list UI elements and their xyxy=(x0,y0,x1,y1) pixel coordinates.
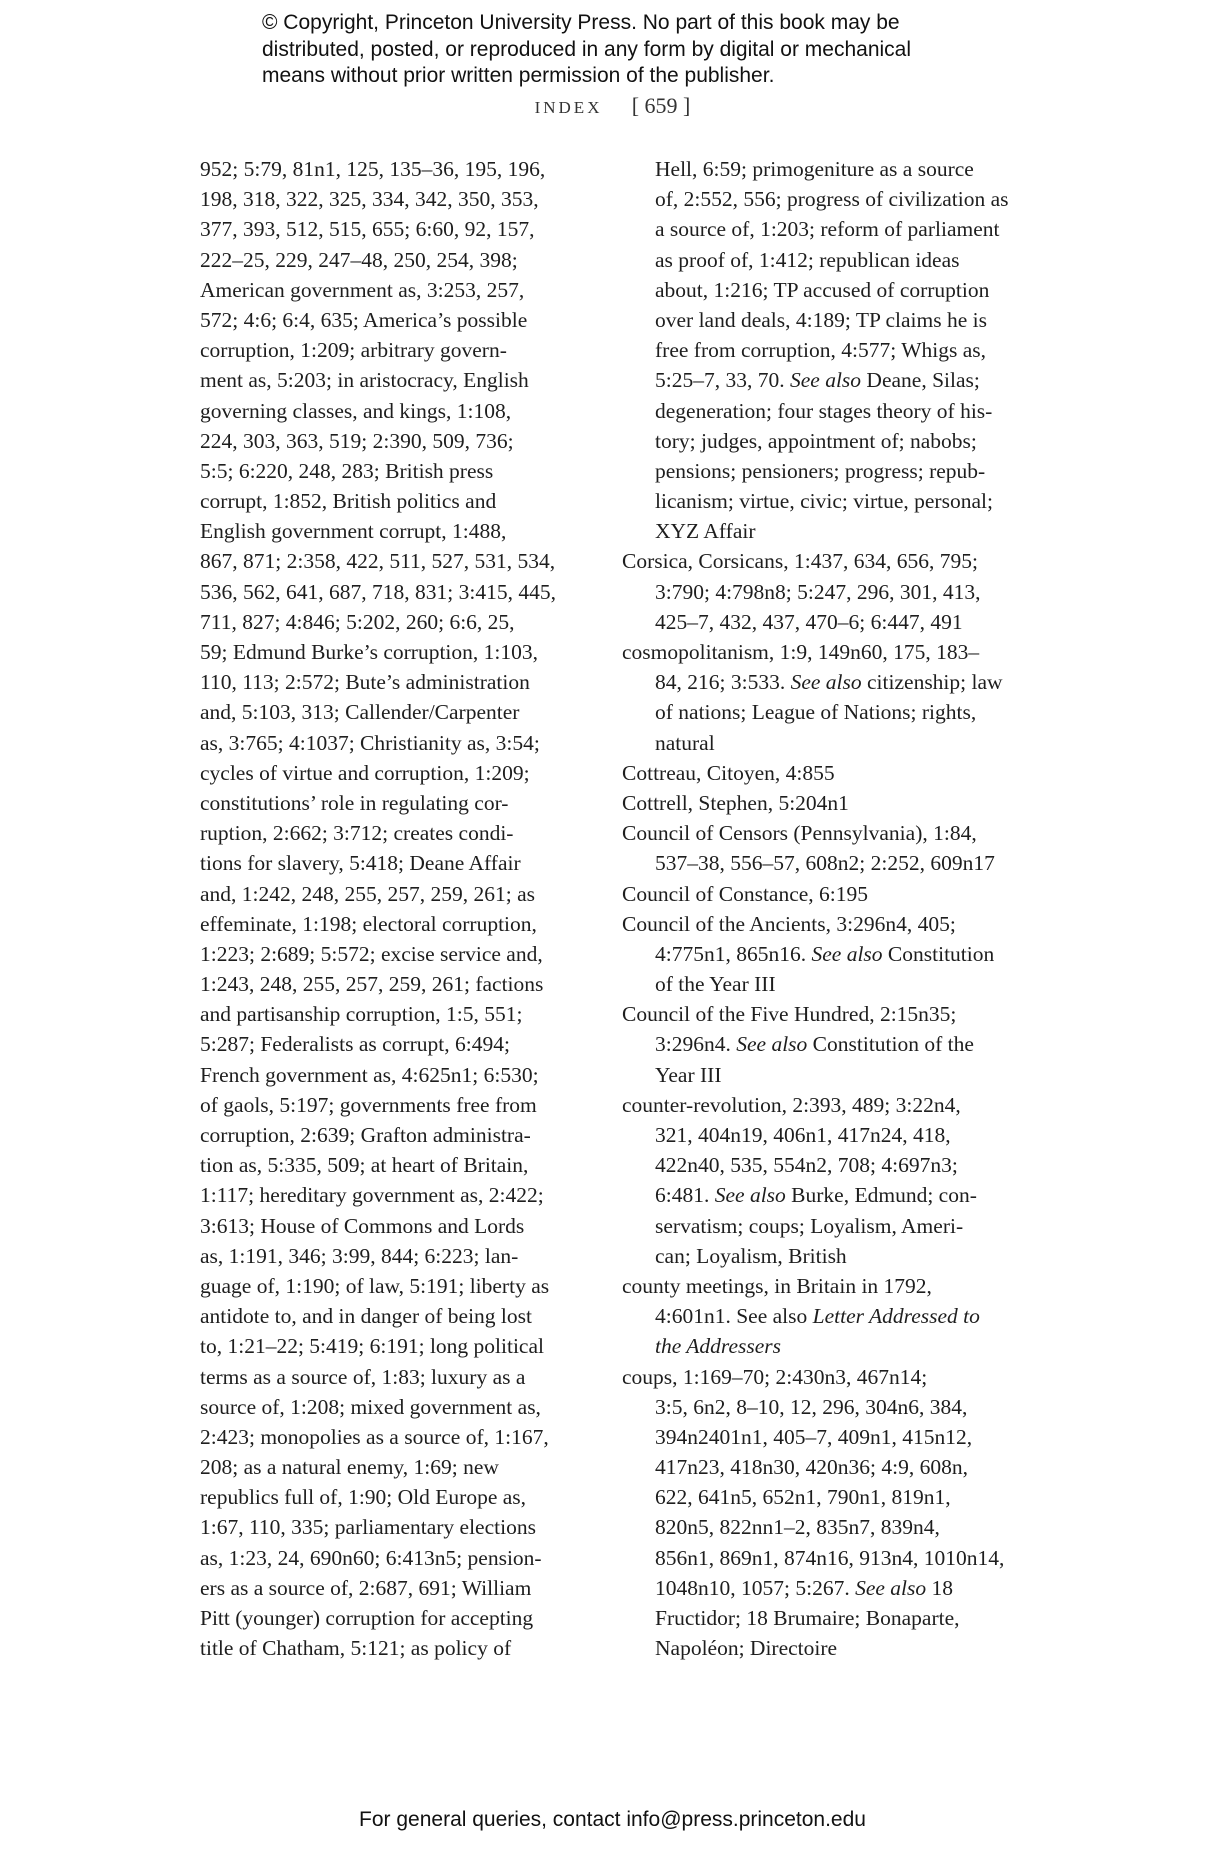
index-line: 1:67, 110, 335; parliamentary elections xyxy=(200,1512,590,1542)
index-subline: 537–38, 556–57, 608n2; 2:252, 609n17 xyxy=(622,848,1042,878)
index-text: 425–7, 432, 437, 470–6; 6:447, 491 xyxy=(655,610,963,634)
index-text: over land deals, 4:189; TP claims he is xyxy=(655,308,987,332)
index-subline: Fructidor; 18 Brumaire; Bonaparte, xyxy=(622,1603,1042,1633)
index-line: of gaols, 5:197; governments free from xyxy=(200,1090,590,1120)
index-subline: degeneration; four stages theory of his- xyxy=(622,396,1042,426)
index-line: 952; 5:79, 81n1, 125, 135–36, 195, 196, xyxy=(200,154,590,184)
index-text: 18 xyxy=(926,1576,953,1600)
index-line: 1:243, 248, 255, 257, 259, 261; factions xyxy=(200,969,590,999)
index-line: 2:423; monopolies as a source of, 1:167, xyxy=(200,1422,590,1452)
section-label: INDEX xyxy=(535,98,603,117)
index-subline: 425–7, 432, 437, 470–6; 6:447, 491 xyxy=(622,607,1042,637)
index-line: ment as, 5:203; in aristocracy, English xyxy=(200,365,590,395)
index-entry-heading: county meetings, in Britain in 1792, xyxy=(622,1271,1042,1301)
index-subline: licanism; virtue, civic; virtue, persona… xyxy=(622,486,1042,516)
index-text: 422n40, 535, 554n2, 708; 4:697n3; xyxy=(655,1153,958,1177)
index-subline: tory; judges, appointment of; nabobs; xyxy=(622,426,1042,456)
index-subline: 4:601n1. See also Letter Addressed to xyxy=(622,1301,1042,1331)
index-text: Cottreau, Citoyen, 4:855 xyxy=(622,761,835,785)
index-text: a source of, 1:203; reform of parliament xyxy=(655,217,999,241)
index-entry-heading: cosmopolitanism, 1:9, 149n60, 175, 183– xyxy=(622,637,1042,667)
index-line: 867, 871; 2:358, 422, 511, 527, 531, 534… xyxy=(200,546,590,576)
index-subline: of nations; League of Nations; rights, xyxy=(622,697,1042,727)
index-text: coups, 1:169–70; 2:430n3, 467n14; xyxy=(622,1365,927,1389)
index-subline: the Addressers xyxy=(622,1331,1042,1361)
index-line: 224, 303, 363, 519; 2:390, 509, 736; xyxy=(200,426,590,456)
index-text: of the Year III xyxy=(655,972,776,996)
index-text: citizenship; law xyxy=(862,670,1003,694)
index-subline: Year III xyxy=(622,1060,1042,1090)
index-line: 711, 827; 4:846; 5:202, 260; 6:6, 25, xyxy=(200,607,590,637)
index-line: corruption, 2:639; Grafton administra- xyxy=(200,1120,590,1150)
index-subline: as proof of, 1:412; republican ideas xyxy=(622,245,1042,275)
index-line: 5:5; 6:220, 248, 283; British press xyxy=(200,456,590,486)
index-subline: 394n2401n1, 405–7, 409n1, 415n12, xyxy=(622,1422,1042,1452)
index-text: Napoléon; Directoire xyxy=(655,1636,837,1660)
index-text: 4:601n1. See also xyxy=(655,1304,813,1328)
index-line: ers as a source of, 2:687, 691; William xyxy=(200,1573,590,1603)
index-text: Council of Constance, 6:195 xyxy=(622,882,868,906)
index-subline: 321, 404n19, 406n1, 417n24, 418, xyxy=(622,1120,1042,1150)
index-subline: 3:790; 4:798n8; 5:247, 296, 301, 413, xyxy=(622,577,1042,607)
index-line: 5:287; Federalists as corrupt, 6:494; xyxy=(200,1029,590,1059)
index-line: to, 1:21–22; 5:419; 6:191; long politica… xyxy=(200,1331,590,1361)
index-subline: pensions; pensioners; progress; repub- xyxy=(622,456,1042,486)
index-text: Hell, 6:59; primogeniture as a source xyxy=(655,157,974,181)
index-subline: servatism; coups; Loyalism, Ameri- xyxy=(622,1211,1042,1241)
index-subline: 5:25–7, 33, 70. See also Deane, Silas; xyxy=(622,365,1042,395)
index-line: terms as a source of, 1:83; luxury as a xyxy=(200,1362,590,1392)
index-subline: XYZ Affair xyxy=(622,516,1042,546)
cross-reference-label: See also xyxy=(736,1032,807,1056)
index-text: Constitution of the xyxy=(807,1032,974,1056)
index-line: 572; 4:6; 6:4, 635; America’s possible xyxy=(200,305,590,335)
index-text: Deane, Silas; xyxy=(861,368,980,392)
index-subline: 3:5, 6n2, 8–10, 12, 296, 304n6, 384, xyxy=(622,1392,1042,1422)
index-text: 3:296n4. xyxy=(655,1032,736,1056)
cross-reference-label: See also xyxy=(791,670,862,694)
index-entry-heading: Corsica, Corsicans, 1:437, 634, 656, 795… xyxy=(622,546,1042,576)
index-subline: 622, 641n5, 652n1, 790n1, 819n1, xyxy=(622,1482,1042,1512)
cross-reference-label: See also xyxy=(715,1183,786,1207)
index-text: 3:5, 6n2, 8–10, 12, 296, 304n6, 384, xyxy=(655,1395,967,1419)
index-subline: 3:296n4. See also Constitution of the xyxy=(622,1029,1042,1059)
index-line: effeminate, 1:198; electoral corruption, xyxy=(200,909,590,939)
cross-reference-label: Letter Addressed to xyxy=(813,1304,980,1328)
index-text: 321, 404n19, 406n1, 417n24, 418, xyxy=(655,1123,951,1147)
index-subline: 84, 216; 3:533. See also citizenship; la… xyxy=(622,667,1042,697)
running-head: INDEX [ 659 ] xyxy=(0,93,1225,119)
index-line: 536, 562, 641, 687, 718, 831; 3:415, 445… xyxy=(200,577,590,607)
index-line: title of Chatham, 5:121; as policy of xyxy=(200,1633,590,1663)
index-line: tion as, 5:335, 509; at heart of Britain… xyxy=(200,1150,590,1180)
index-line: 3:613; House of Commons and Lords xyxy=(200,1211,590,1241)
index-text: 6:481. xyxy=(655,1183,715,1207)
index-subline: 422n40, 535, 554n2, 708; 4:697n3; xyxy=(622,1150,1042,1180)
index-subline: Napoléon; Directoire xyxy=(622,1633,1042,1663)
index-text: pensions; pensioners; progress; repub- xyxy=(655,459,985,483)
index-entry-heading: Cottrell, Stephen, 5:204n1 xyxy=(622,788,1042,818)
index-column-left: 952; 5:79, 81n1, 125, 135–36, 195, 196,1… xyxy=(200,154,590,1663)
index-text: counter-revolution, 2:393, 489; 3:22n4, xyxy=(622,1093,961,1117)
index-line: governing classes, and kings, 1:108, xyxy=(200,396,590,426)
index-entry-heading: Council of Censors (Pennsylvania), 1:84, xyxy=(622,818,1042,848)
footer-contact: For general queries, contact info@press.… xyxy=(0,1808,1225,1832)
index-text: as proof of, 1:412; republican ideas xyxy=(655,248,960,272)
index-text: about, 1:216; TP accused of corruption xyxy=(655,278,989,302)
index-text: Burke, Edmund; con- xyxy=(786,1183,977,1207)
index-text: 856n1, 869n1, 874n16, 913n4, 1010n14, xyxy=(655,1546,1004,1570)
index-subline: free from corruption, 4:577; Whigs as, xyxy=(622,335,1042,365)
index-subline: a source of, 1:203; reform of parliament xyxy=(622,214,1042,244)
index-text: Fructidor; 18 Brumaire; Bonaparte, xyxy=(655,1606,960,1630)
index-subline: of, 2:552, 556; progress of civilization… xyxy=(622,184,1042,214)
index-line: as, 3:765; 4:1037; Christianity as, 3:54… xyxy=(200,728,590,758)
index-text: Cottrell, Stephen, 5:204n1 xyxy=(622,791,849,815)
index-subline: 417n23, 418n30, 420n36; 4:9, 608n, xyxy=(622,1452,1042,1482)
index-entry-heading: Council of Constance, 6:195 xyxy=(622,879,1042,909)
index-line: English government corrupt, 1:488, xyxy=(200,516,590,546)
index-text: 537–38, 556–57, 608n2; 2:252, 609n17 xyxy=(655,851,995,875)
index-text: 4:775n1, 865n16. xyxy=(655,942,811,966)
index-line: as, 1:191, 346; 3:99, 844; 6:223; lan- xyxy=(200,1241,590,1271)
index-subline: Hell, 6:59; primogeniture as a source xyxy=(622,154,1042,184)
index-text: Council of the Ancients, 3:296n4, 405; xyxy=(622,912,956,936)
index-entry-heading: Council of the Five Hundred, 2:15n35; xyxy=(622,999,1042,1029)
index-line: Pitt (younger) corruption for accepting xyxy=(200,1603,590,1633)
index-line: corruption, 1:209; arbitrary govern- xyxy=(200,335,590,365)
index-line: 377, 393, 512, 515, 655; 6:60, 92, 157, xyxy=(200,214,590,244)
index-text: licanism; virtue, civic; virtue, persona… xyxy=(655,489,993,513)
index-line: 222–25, 229, 247–48, 250, 254, 398; xyxy=(200,245,590,275)
index-line: guage of, 1:190; of law, 5:191; liberty … xyxy=(200,1271,590,1301)
copyright-line: © Copyright, Princeton University Press.… xyxy=(262,10,1022,37)
index-line: 1:117; hereditary government as, 2:422; xyxy=(200,1180,590,1210)
index-line: source of, 1:208; mixed government as, xyxy=(200,1392,590,1422)
index-line: and partisanship corruption, 1:5, 551; xyxy=(200,999,590,1029)
index-text: 1048n10, 1057; 5:267. xyxy=(655,1576,855,1600)
index-text: 417n23, 418n30, 420n36; 4:9, 608n, xyxy=(655,1455,968,1479)
index-line: constitutions’ role in regulating cor- xyxy=(200,788,590,818)
index-text: natural xyxy=(655,731,715,755)
index-line: 110, 113; 2:572; Bute’s administration xyxy=(200,667,590,697)
index-text: servatism; coups; Loyalism, Ameri- xyxy=(655,1214,963,1238)
copyright-line: means without prior written permission o… xyxy=(262,63,1022,90)
index-subline: about, 1:216; TP accused of corruption xyxy=(622,275,1042,305)
index-subline: over land deals, 4:189; TP claims he is xyxy=(622,305,1042,335)
index-text: of, 2:552, 556; progress of civilization… xyxy=(655,187,1009,211)
index-text: Year III xyxy=(655,1063,721,1087)
index-text: Constitution xyxy=(883,942,995,966)
index-entry-heading: coups, 1:169–70; 2:430n3, 467n14; xyxy=(622,1362,1042,1392)
index-entry-heading: counter-revolution, 2:393, 489; 3:22n4, xyxy=(622,1090,1042,1120)
index-subline: 6:481. See also Burke, Edmund; con- xyxy=(622,1180,1042,1210)
index-text: free from corruption, 4:577; Whigs as, xyxy=(655,338,986,362)
index-line: 59; Edmund Burke’s corruption, 1:103, xyxy=(200,637,590,667)
index-subline: 820n5, 822nn1–2, 835n7, 839n4, xyxy=(622,1512,1042,1542)
index-line: as, 1:23, 24, 690n60; 6:413n5; pension- xyxy=(200,1543,590,1573)
index-line: 198, 318, 322, 325, 334, 342, 350, 353, xyxy=(200,184,590,214)
index-text: 84, 216; 3:533. xyxy=(655,670,791,694)
index-text: tory; judges, appointment of; nabobs; xyxy=(655,429,977,453)
index-text: Council of the Five Hundred, 2:15n35; xyxy=(622,1002,956,1026)
index-line: republics full of, 1:90; Old Europe as, xyxy=(200,1482,590,1512)
index-line: 208; as a natural enemy, 1:69; new xyxy=(200,1452,590,1482)
cross-reference-label: See also xyxy=(855,1576,926,1600)
index-line: corrupt, 1:852, British politics and xyxy=(200,486,590,516)
index-text: of nations; League of Nations; rights, xyxy=(655,700,976,724)
index-text: can; Loyalism, British xyxy=(655,1244,847,1268)
index-entry-heading: Cottreau, Citoyen, 4:855 xyxy=(622,758,1042,788)
index-text: cosmopolitanism, 1:9, 149n60, 175, 183– xyxy=(622,640,979,664)
index-line: and, 1:242, 248, 255, 257, 259, 261; as xyxy=(200,879,590,909)
index-text: 820n5, 822nn1–2, 835n7, 839n4, xyxy=(655,1515,940,1539)
index-text: Council of Censors (Pennsylvania), 1:84, xyxy=(622,821,977,845)
index-subline: of the Year III xyxy=(622,969,1042,999)
index-line: ruption, 2:662; 3:712; creates condi- xyxy=(200,818,590,848)
cross-reference-label: the Addressers xyxy=(655,1334,781,1358)
index-subline: natural xyxy=(622,728,1042,758)
index-text: 394n2401n1, 405–7, 409n1, 415n12, xyxy=(655,1425,972,1449)
index-text: county meetings, in Britain in 1792, xyxy=(622,1274,932,1298)
index-subline: can; Loyalism, British xyxy=(622,1241,1042,1271)
index-line: French government as, 4:625n1; 6:530; xyxy=(200,1060,590,1090)
page-number: [ 659 ] xyxy=(632,93,691,118)
copyright-line: distributed, posted, or reproduced in an… xyxy=(262,37,1022,64)
index-text: 622, 641n5, 652n1, 790n1, 819n1, xyxy=(655,1485,951,1509)
cross-reference-label: See also xyxy=(811,942,882,966)
index-column-right: Hell, 6:59; primogeniture as a sourceof,… xyxy=(622,154,1042,1663)
index-subline: 1048n10, 1057; 5:267. See also 18 xyxy=(622,1573,1042,1603)
index-line: American government as, 3:253, 257, xyxy=(200,275,590,305)
index-subline: 856n1, 869n1, 874n16, 913n4, 1010n14, xyxy=(622,1543,1042,1573)
index-text: Corsica, Corsicans, 1:437, 634, 656, 795… xyxy=(622,549,978,573)
index-subline: 4:775n1, 865n16. See also Constitution xyxy=(622,939,1042,969)
index-line: cycles of virtue and corruption, 1:209; xyxy=(200,758,590,788)
index-text: XYZ Affair xyxy=(655,519,756,543)
index-line: tions for slavery, 5:418; Deane Affair xyxy=(200,848,590,878)
index-line: and, 5:103, 313; Callender/Carpenter xyxy=(200,697,590,727)
cross-reference-label: See also xyxy=(790,368,861,392)
index-text: 3:790; 4:798n8; 5:247, 296, 301, 413, xyxy=(655,580,981,604)
index-text: 5:25–7, 33, 70. xyxy=(655,368,790,392)
index-entry-heading: Council of the Ancients, 3:296n4, 405; xyxy=(622,909,1042,939)
copyright-notice: © Copyright, Princeton University Press.… xyxy=(262,10,1022,90)
index-line: 1:223; 2:689; 5:572; excise service and, xyxy=(200,939,590,969)
index-text: degeneration; four stages theory of his- xyxy=(655,399,992,423)
index-line: antidote to, and in danger of being lost xyxy=(200,1301,590,1331)
